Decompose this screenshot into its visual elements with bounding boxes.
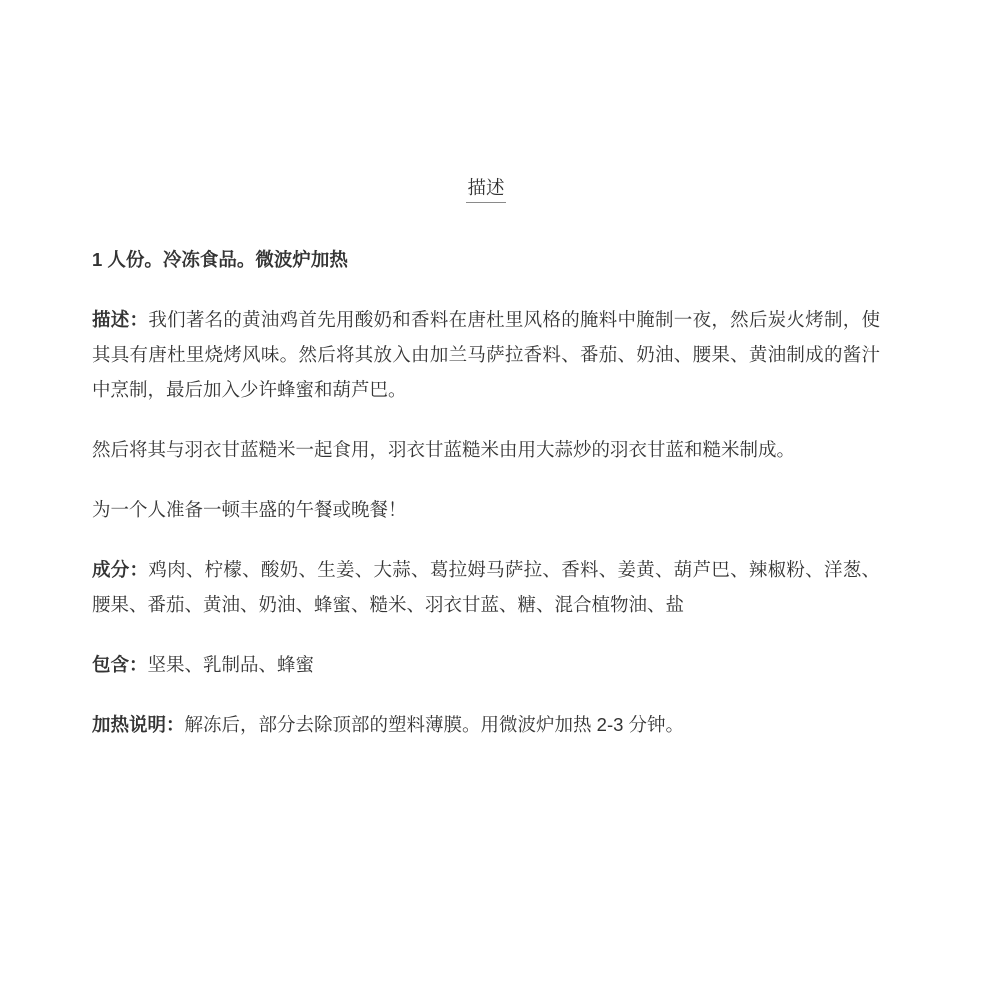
product-description-page: 描述 1 人份。冷冻食品。微波炉加热 描述：我们著名的黄油鸡首先用酸奶和香料在唐… [0,0,1000,1000]
heating-instructions-text: 解冻后，部分去除顶部的塑料薄膜。用微波炉加热 2-3 分钟。 [185,714,685,735]
allergens-paragraph: 包含：坚果、乳制品、蜂蜜 [92,647,880,682]
serving-info-line: 1 人份。冷冻食品。微波炉加热 [92,242,880,277]
meal-note-paragraph: 为一个人准备一顿丰盛的午餐或晚餐！ [92,492,880,527]
serving-suggestion-text: 然后将其与羽衣甘蓝糙米一起食用，羽衣甘蓝糙米由用大蒜炒的羽衣甘蓝和糙米制成。 [92,439,795,460]
page-title: 描述 [466,174,505,203]
description-content: 描述 1 人份。冷冻食品。微波炉加热 描述：我们著名的黄油鸡首先用酸奶和香料在唐… [92,0,880,767]
ingredients-text: 鸡肉、柠檬、酸奶、生姜、大蒜、葛拉姆马萨拉、香料、姜黄、葫芦巴、辣椒粉、洋葱、腰… [92,559,880,615]
heating-instructions-paragraph: 加热说明：解冻后，部分去除顶部的塑料薄膜。用微波炉加热 2-3 分钟。 [92,707,880,742]
ingredients-paragraph: 成分：鸡肉、柠檬、酸奶、生姜、大蒜、葛拉姆马萨拉、香料、姜黄、葫芦巴、辣椒粉、洋… [92,552,880,622]
title-row: 描述 [92,170,880,205]
allergens-label: 包含： [92,654,148,675]
serving-suggestion-paragraph: 然后将其与羽衣甘蓝糙米一起食用，羽衣甘蓝糙米由用大蒜炒的羽衣甘蓝和糙米制成。 [92,432,880,467]
ingredients-label: 成分： [92,559,148,580]
meal-note-text: 为一个人准备一顿丰盛的午餐或晚餐！ [92,499,407,520]
heating-instructions-label: 加热说明： [92,714,185,735]
description-text: 我们著名的黄油鸡首先用酸奶和香料在唐杜里风格的腌料中腌制一夜，然后炭火烤制，使其… [92,309,880,400]
description-label: 描述： [92,309,148,330]
description-paragraph: 描述：我们著名的黄油鸡首先用酸奶和香料在唐杜里风格的腌料中腌制一夜，然后炭火烤制… [92,302,880,407]
allergens-text: 坚果、乳制品、蜂蜜 [148,654,315,675]
